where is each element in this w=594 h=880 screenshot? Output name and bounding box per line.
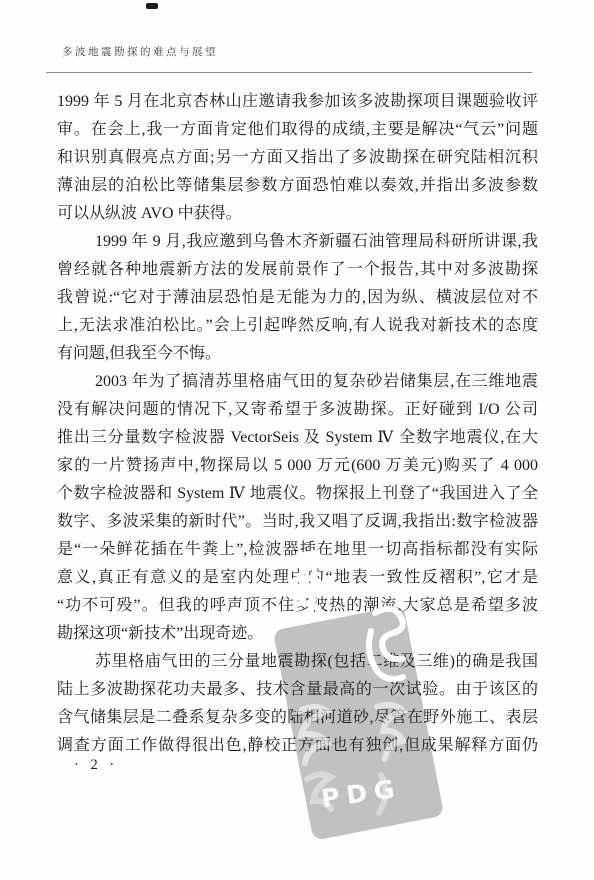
text-line: 曾经就各种地震新方法的发展前景作了一个报告,其中对多波勘探 [57,256,538,284]
text-line: 是“一朵鲜花插在牛粪上”,检波器插在地里一切高指标都没有实际 [57,536,538,564]
text-line: 和识别真假亮点方面;另一方面又指出了多波勘探在研究陆相沉积 [57,144,538,172]
page-number: · 2 · [74,757,118,774]
text-line: 审。在会上,我一方面肯定他们取得的成绩,主要是解决“气云”问题 [57,116,538,144]
header-rule [46,72,532,73]
text-line: 勘探这项“新技术”出现奇迹。 [57,620,538,648]
text-line: 上,无法求准泊松比。”会上引起哗然反响,有人说我对新技术的态度 [57,312,538,340]
text-line: 苏里格庙气田的三分量地震勘探(包括二维及三维)的确是我国 [57,648,538,676]
text-line: 我曾说:“它对于薄油层恐怕是无能为力的,因为纵、横波层位对不 [57,284,538,312]
text-line: 2003 年为了搞清苏里格庙气田的复杂砂岩储集层,在三维地震 [57,368,538,396]
text-line: 薄油层的泊松比等储集层参数方面恐怕难以奏效,并指出多波参数 [57,172,538,200]
running-header: 多波地震勘探的难点与展望 [62,44,218,59]
text-line: 1999 年 5 月在北京杏林山庄邀请我参加该多波勘探项目课题验收评 [57,88,538,116]
text-line: 1999 年 9 月,我应邀到乌鲁木齐新疆石油管理局科研所讲课,我 [57,228,538,256]
text-line: 调查方面工作做得很出色,静校正方面也有独创,但成果解释方面仍 [57,732,538,760]
text-line: 没有解决问题的情况下,又寄希望于多波勘探。正好碰到 I/O 公司 [57,396,538,424]
text-line: 有问题,但我至今不悔。 [57,340,538,368]
text-line: 数字、多波采集的新时代”。当时,我又唱了反调,我指出:数字检波器 [57,508,538,536]
text-line: 陆上多波勘探花功夫最多、技术含量最高的一次试验。由于该区的 [57,676,538,704]
text-line: 个数字检波器和 System Ⅳ 地震仪。物探报上刊登了“我国进入了全 [57,480,538,508]
text-line: 可以从纵波 AVO 中获得。 [57,200,538,228]
page-body: 1999 年 5 月在北京杏林山庄邀请我参加该多波勘探项目课题验收评 审。在会上… [57,88,538,760]
book-page: 多波地震勘探的难点与展望 1999 年 5 月在北京杏林山庄邀请我参加该多波勘探… [0,0,594,880]
text-line: 含气储集层是二叠系复杂多变的陆相河道砂,尽管在野外施工、表层 [57,704,538,732]
text-line: 意义,真正有意义的是室内处理中的“地表一致性反褶积”,它才是 [57,564,538,592]
text-line: 推出三分量数字检波器 VectorSeis 及 System Ⅳ 全数字地震仪,… [57,424,538,452]
text-line: 家的一片赞扬声中,物探局以 5 000 万元(600 万美元)购买了 4 000 [57,452,538,480]
scan-artifact [146,3,158,9]
text-line: “功不可殁”。但我的呼声顶不住多波热的潮流,大家总是希望多波 [57,592,538,620]
